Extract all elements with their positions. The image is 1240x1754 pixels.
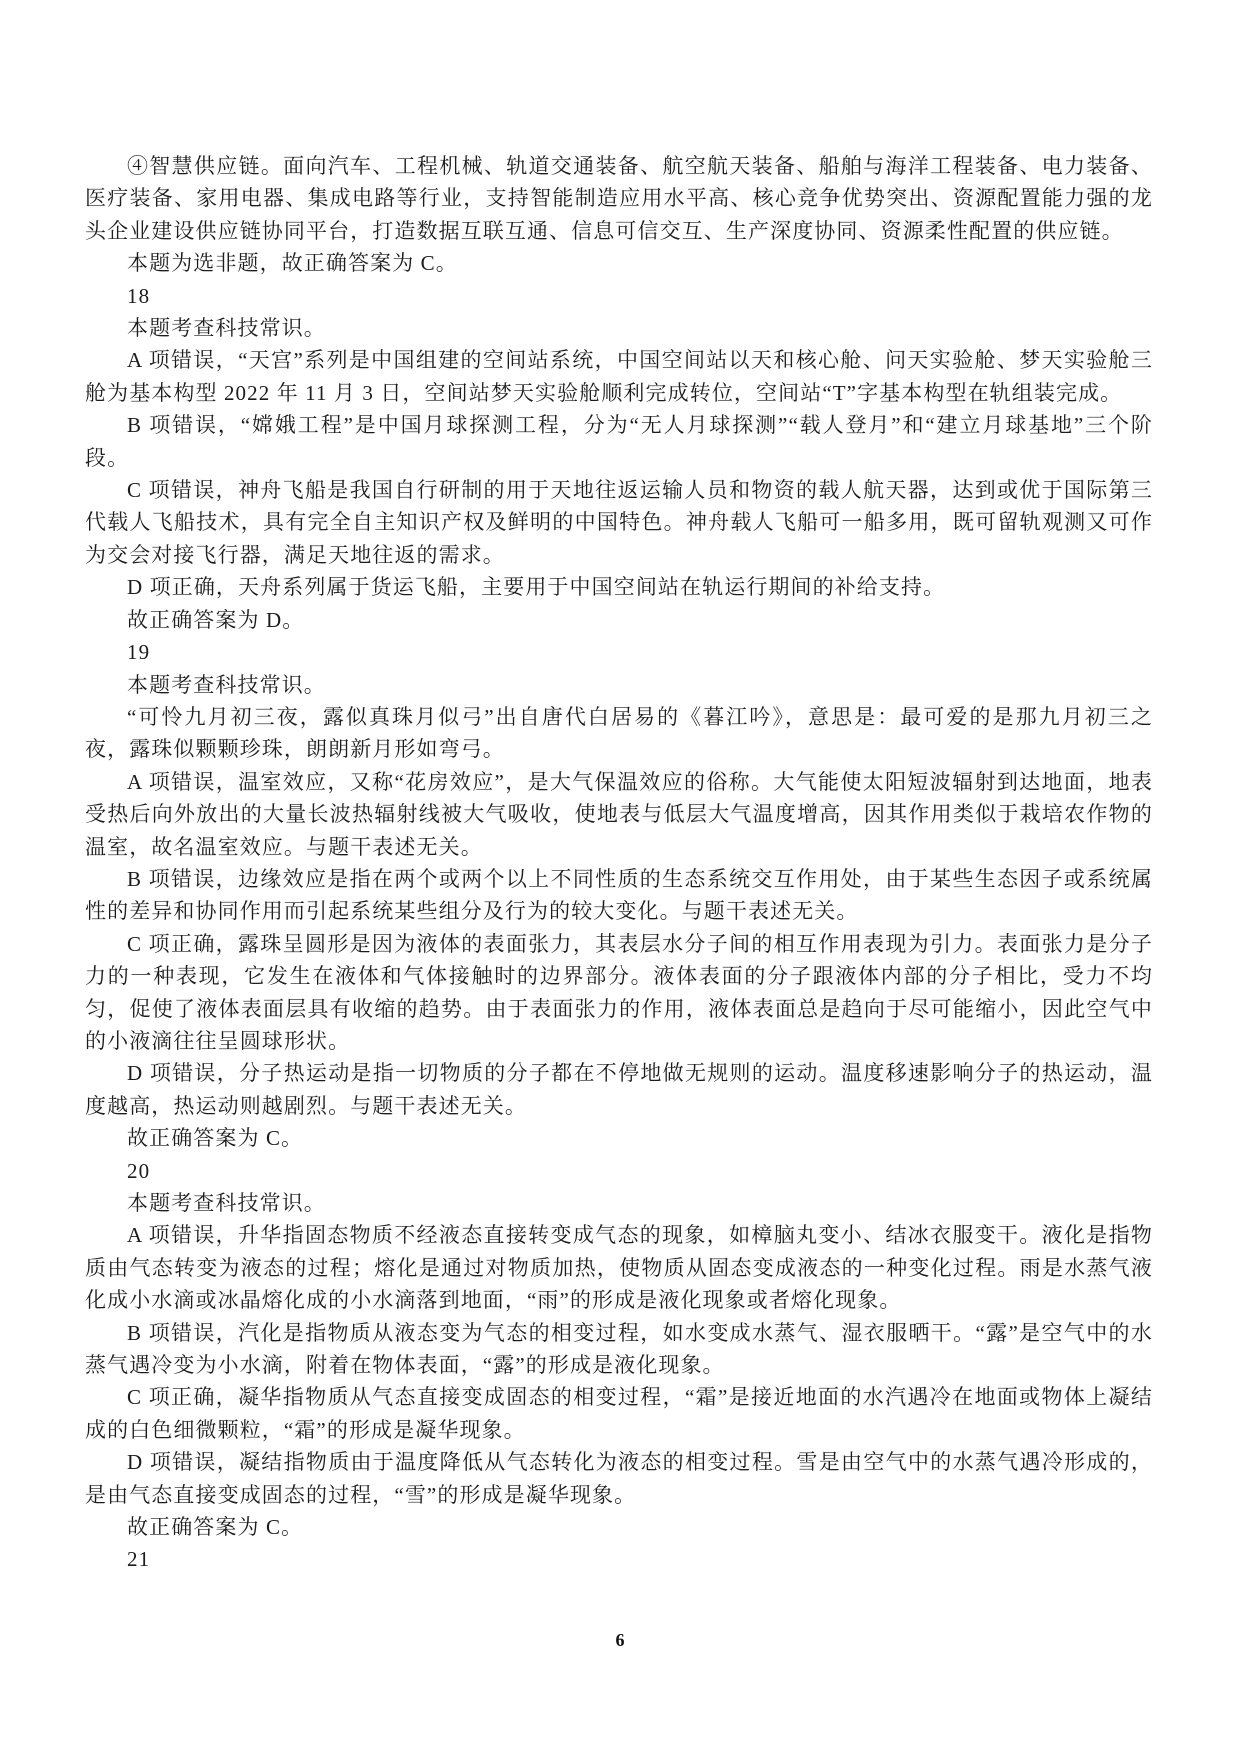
paragraph-19: 本题考查科技常识。: [85, 1187, 1153, 1219]
paragraph-21: B 项错误，汽化是指物质从液态变为气态的相变过程，如水变成水蒸气、湿衣服晒干。“…: [85, 1317, 1153, 1382]
document-page: ④智慧供应链。面向汽车、工程机械、轨道交通装备、航空航天装备、船舶与海洋工程装备…: [0, 0, 1240, 1754]
paragraph-4: 本题考查科技常识。: [85, 312, 1153, 344]
paragraph-7: C 项错误，神舟飞船是我国自行研制的用于天地往返运输人员和物资的载人航天器，达到…: [85, 474, 1153, 571]
paragraph-24: 故正确答案为 C。: [85, 1511, 1153, 1543]
paragraph-15: C 项正确，露珠呈圆形是因为液体的表面张力，其表层水分子间的相互作用表现为引力。…: [85, 928, 1153, 1058]
paragraph-6: B 项错误，“嫦娥工程”是中国月球探测工程，分为“无人月球探测”“载人登月”和“…: [85, 409, 1153, 474]
paragraph-17: 故正确答案为 C。: [85, 1122, 1153, 1154]
paragraph-20: A 项错误，升华指固态物质不经液态直接转变成气态的现象，如樟脑丸变小、结冰衣服变…: [85, 1219, 1153, 1316]
paragraph-14: B 项错误，边缘效应是指在两个或两个以上不同性质的生态系统交互作用处，由于某些生…: [85, 863, 1153, 928]
paragraph-8: D 项正确，天舟系列属于货运飞船，主要用于中国空间站在轨运行期间的补给支持。: [85, 571, 1153, 603]
paragraph-22: C 项正确，凝华指物质从气态直接变成固态的相变过程，“霜”是接近地面的水汽遇冷在…: [85, 1381, 1153, 1446]
paragraph-3: 18: [85, 280, 1153, 312]
page-footer: 6: [0, 1630, 1240, 1651]
paragraph-11: 本题考查科技常识。: [85, 669, 1153, 701]
paragraph-1: ④智慧供应链。面向汽车、工程机械、轨道交通装备、航空航天装备、船舶与海洋工程装备…: [85, 150, 1153, 247]
page-number: 6: [616, 1630, 625, 1650]
paragraph-9: 故正确答案为 D。: [85, 604, 1153, 636]
paragraph-13: A 项错误，温室效应，又称“花房效应”，是大气保温效应的俗称。大气能使太阳短波辐…: [85, 766, 1153, 863]
paragraph-5: A 项错误，“天宫”系列是中国组建的空间站系统，中国空间站以天和核心舱、问天实验…: [85, 344, 1153, 409]
paragraph-2: 本题为选非题，故正确答案为 C。: [85, 247, 1153, 279]
paragraph-18: 20: [85, 1155, 1153, 1187]
paragraph-12: “可怜九月初三夜，露似真珠月似弓”出自唐代白居易的《暮江吟》，意思是：最可爱的是…: [85, 701, 1153, 766]
paragraph-23: D 项错误，凝结指物质由于温度降低从气态转化为液态的相变过程。雪是由空气中的水蒸…: [85, 1446, 1153, 1511]
paragraph-25: 21: [85, 1543, 1153, 1575]
document-body: ④智慧供应链。面向汽车、工程机械、轨道交通装备、航空航天装备、船舶与海洋工程装备…: [85, 150, 1153, 1576]
paragraph-16: D 项错误，分子热运动是指一切物质的分子都在不停地做无规则的运动。温度移速影响分…: [85, 1057, 1153, 1122]
paragraph-10: 19: [85, 636, 1153, 668]
